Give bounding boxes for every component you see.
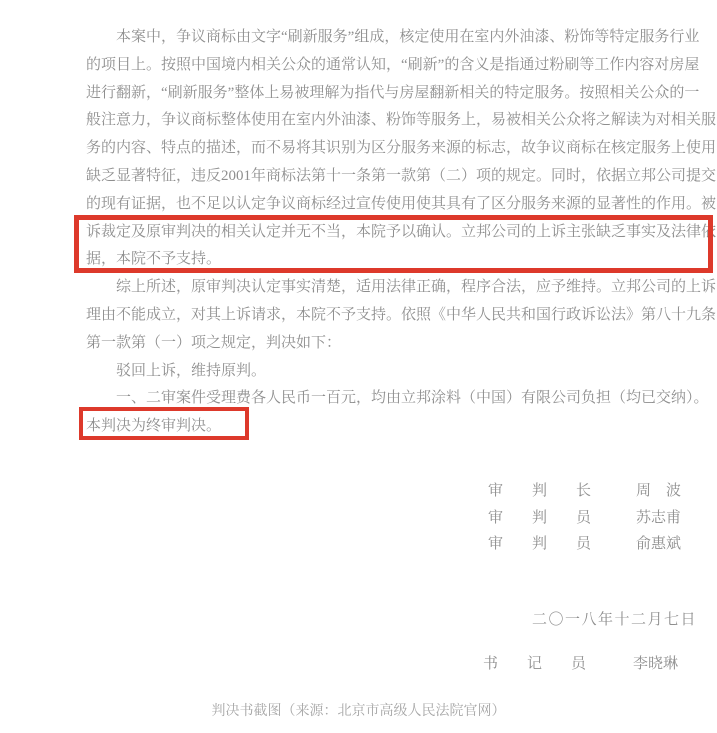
- body-line: 第一款第（一）项之规定，判决如下：: [86, 330, 714, 358]
- body-line: 本判决为终审判决。: [86, 413, 714, 441]
- judge-row: 审 判 员俞惠斌: [488, 531, 681, 558]
- clerk-row: 书 记 员李晓琳: [483, 652, 678, 673]
- body-line: 缺乏显著特征，违反2001年商标法第十一条第一款第（二）项的规定。同时，依据立邦…: [86, 163, 714, 191]
- body-line: 本案中，争议商标由文字“刷新服务”组成，核定使用在室内外油漆、粉饰等特定服务行业: [86, 24, 714, 52]
- judge-name: 苏志甫: [636, 505, 681, 532]
- body-line: 般注意力，争议商标整体使用在室内外油漆、粉饰等服务上，易被相关公众将之解读为对相…: [86, 107, 714, 135]
- clerk-role: 书 记 员: [483, 652, 593, 673]
- judge-row: 审 判 长周 波: [488, 478, 681, 505]
- judge-role: 审 判 长: [488, 478, 598, 505]
- body-line: 据，本院不予支持。: [86, 246, 714, 274]
- image-source-caption: 判决书截图（来源：北京市高级人民法院官网）: [0, 700, 717, 720]
- body-line: 理由不能成立，对其上诉请求，本院不予支持。依照《中华人民共和国行政诉讼法》第八十…: [86, 302, 714, 330]
- judge-row: 审 判 员苏志甫: [488, 505, 681, 532]
- body-line: 务的内容、特点的描述，而不易将其识别为区分服务来源的标志，故争议商标在核定服务上…: [86, 135, 714, 163]
- judgment-date: 二〇一八年十二月七日: [532, 608, 697, 629]
- judgment-screenshot-page: 本案中，争议商标由文字“刷新服务”组成，核定使用在室内外油漆、粉饰等特定服务行业…: [0, 0, 717, 733]
- body-line: 进行翻新，“刷新服务”整体上易被理解为指代与房屋翻新相关的特定服务。按照相关公众…: [86, 80, 714, 108]
- judgment-body-text: 本案中，争议商标由文字“刷新服务”组成，核定使用在室内外油漆、粉饰等特定服务行业…: [86, 24, 714, 441]
- judge-role: 审 判 员: [488, 505, 598, 532]
- body-line: 驳回上诉，维持原判。: [86, 358, 714, 386]
- body-line: 的现有证据，也不足以认定争议商标经过宣传使用使其具有了区分服务来源的显著性的作用…: [86, 191, 714, 219]
- body-line: 的项目上。按照中国境内相关公众的通常认知，“刷新”的含义是指通过粉刷等工作内容对…: [86, 52, 714, 80]
- body-line: 综上所述，原审判决认定事实清楚，适用法律正确，程序合法，应予维持。立邦公司的上诉: [86, 274, 714, 302]
- clerk-name: 李晓琳: [633, 652, 678, 673]
- body-line: 一、二审案件受理费各人民币一百元，均由立邦涂料（中国）有限公司负担（均已交纳）。: [86, 385, 714, 413]
- judge-name: 周 波: [636, 478, 681, 505]
- judge-name: 俞惠斌: [636, 531, 681, 558]
- judges-signature-block: 审 判 长周 波 审 判 员苏志甫 审 判 员俞惠斌: [488, 478, 681, 558]
- body-line: 诉裁定及原审判决的相关认定并无不当，本院予以确认。立邦公司的上诉主张缺乏事实及法…: [86, 219, 714, 247]
- judge-role: 审 判 员: [488, 531, 598, 558]
